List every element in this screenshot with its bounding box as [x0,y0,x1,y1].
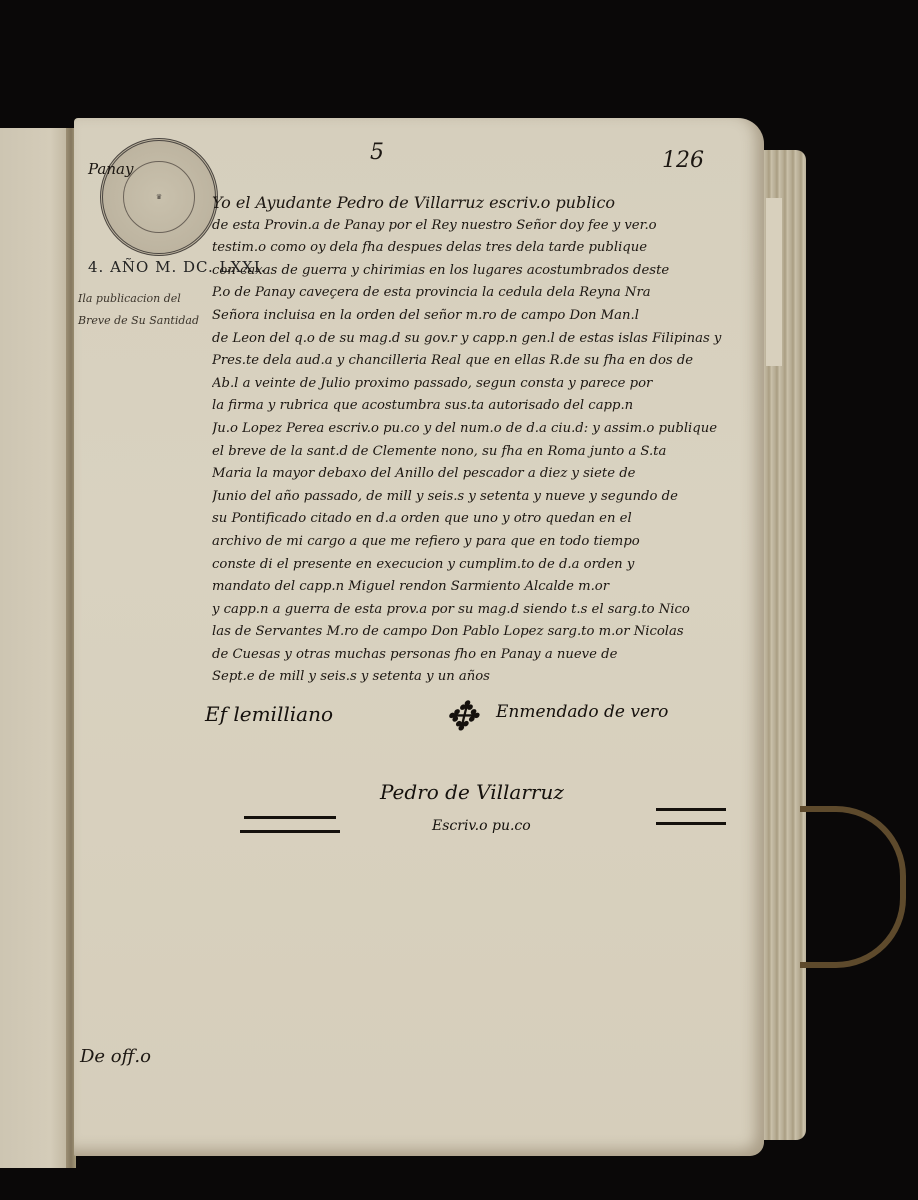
text-line: y capp.n a guerra de esta prov.a por su … [212,599,752,622]
margin-note-line: Ila publicacion del [78,288,208,310]
text-line: su Pontificado citado en d.a orden que u… [212,508,752,531]
text-line: con caxas de guerra y chirimias en los l… [212,260,752,283]
facing-left-page [0,128,72,1168]
rubric-stroke [240,830,340,833]
top-mark: 5 [370,140,384,165]
text-line: Señora incluisa en la orden del señor m.… [212,305,752,328]
paper-slip [766,198,782,366]
signature-right: Enmendado de vero [496,702,668,722]
rubric-stroke [656,822,726,825]
margin-note-line: Breve de Su Santidad [78,310,208,332]
text-line: archivo de mi cargo a que me refiero y p… [212,531,752,554]
rubric-stroke [244,816,336,819]
text-line: de esta Provin.a de Panay por el Rey nue… [212,215,752,238]
text-line: de Leon del q.o de su mag.d su gov.r y c… [212,328,752,351]
text-line: P.o de Panay caveçera de esta provincia … [212,282,752,305]
signature-notary: Pedro de Villarruz [380,780,564,804]
text-line: Sept.e de mill y seis.s y setenta y un a… [212,666,752,689]
stamped-seal: ♛ [100,138,218,256]
text-line: Pres.te dela aud.a y chancilleria Real q… [212,350,752,373]
text-line: Yo el Ayudante Pedro de Villarruz escriv… [212,192,752,215]
text-line: el breve de la sant.d de Clemente nono, … [212,441,752,464]
folio-number: 126 [662,148,704,173]
text-line: mandato del capp.n Miguel rendon Sarmien… [212,576,752,599]
text-line: la firma y rubrica que acostumbra sus.ta… [212,395,752,418]
leather-tie [800,806,906,968]
text-line: Ab.l a veinte de Julio proximo passado, … [212,373,752,396]
notary-sign-icon: ✥ [444,694,478,740]
signature-left: Ef lemilliano [205,702,333,726]
seal-coat-of-arms-icon: ♛ [123,161,195,233]
margin-note: Ila publicacion del Breve de Su Santidad [78,288,208,332]
margin-top-note: Panay [88,160,133,178]
text-line: testim.o como oy dela fha despues delas … [212,237,752,260]
text-line: Junio del año passado, de mill y seis.s … [212,486,752,509]
text-line: Ju.o Lopez Perea escriv.o pu.co y del nu… [212,418,752,441]
manuscript-body: Yo el Ayudante Pedro de Villarruz escriv… [212,192,752,689]
text-line: las de Servantes M.ro de campo Don Pablo… [212,621,752,644]
signature-subscript: Escriv.o pu.co [432,818,531,834]
text-line: conste di el presente en execucion y cum… [212,554,752,577]
bottom-margin-note: De off.o [80,1046,151,1067]
text-line: Maria la mayor debaxo del Anillo del pes… [212,463,752,486]
text-line: de Cuesas y otras muchas personas fho en… [212,644,752,667]
rubric-stroke [656,808,726,811]
